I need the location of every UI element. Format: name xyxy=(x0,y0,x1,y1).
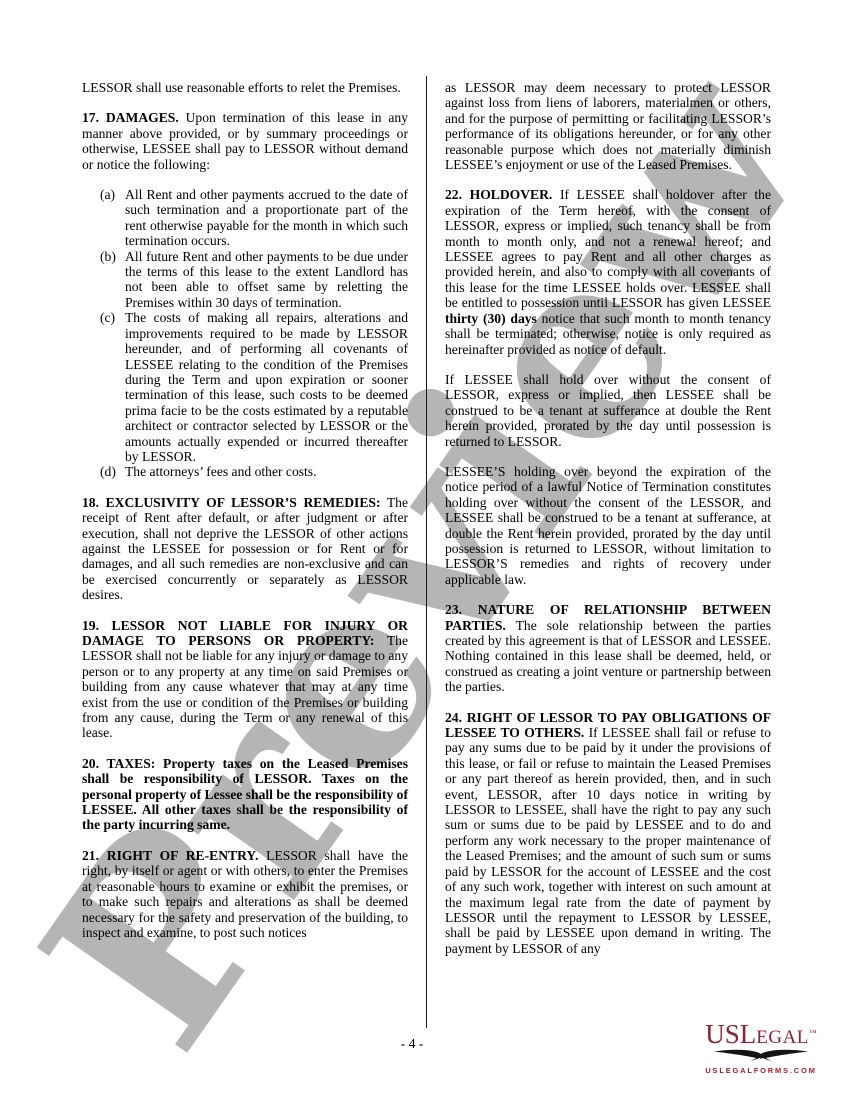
list-marker: (d) xyxy=(100,464,125,479)
text-run: LESSOR shall use reasonable efforts to r… xyxy=(82,80,401,95)
paragraph: 23. NATURE OF RELATIONSHIP BETWEEN PARTI… xyxy=(445,602,771,694)
list-marker: (b) xyxy=(100,249,125,311)
list-item-text: All Rent and other payments accrued to t… xyxy=(125,187,408,249)
list-marker: (a) xyxy=(100,187,125,249)
text-run: as LESSOR may deem necessary to protect … xyxy=(445,80,771,172)
paragraph: 19. LESSOR NOT LIABLE FOR INJURY OR DAMA… xyxy=(82,618,408,741)
text-run: The receipt of Rent after default, or af… xyxy=(82,495,408,602)
bold-text-run: 20. TAXES: Property taxes on the Leased … xyxy=(82,756,408,833)
list-item-text: All future Rent and other payments to be… xyxy=(125,249,408,311)
lettered-list: (a)All Rent and other payments accrued t… xyxy=(82,187,408,480)
text-run: The LESSOR shall not be liable for any i… xyxy=(82,633,408,740)
paragraph: 21. RIGHT OF RE-ENTRY. LESSOR shall have… xyxy=(82,848,408,940)
list-item: (d)The attorneys’ fees and other costs. xyxy=(100,464,408,479)
paragraph: LESSOR shall use reasonable efforts to r… xyxy=(82,80,408,95)
list-item: (b)All future Rent and other payments to… xyxy=(100,249,408,311)
paragraph: 17. DAMAGES. Upon termination of this le… xyxy=(82,110,408,172)
bold-text-run: 19. LESSOR NOT LIABLE FOR INJURY OR DAMA… xyxy=(82,618,408,648)
text-run: The costs of making all repairs, alterat… xyxy=(125,310,408,464)
list-marker: (c) xyxy=(100,310,125,464)
uslegal-logo: USLEGAL™ USLEGALFORMS.COM xyxy=(702,1022,820,1078)
bold-text-run: thirty (30) days xyxy=(445,311,537,326)
wordmark-lead: USL xyxy=(705,1019,756,1049)
page-number: - 4 - xyxy=(0,1036,824,1051)
list-item-text: The costs of making all repairs, alterat… xyxy=(125,310,408,464)
uslegal-wordmark: USLEGAL™ xyxy=(702,1022,820,1051)
trademark-symbol: ™ xyxy=(809,1028,817,1037)
left-column: LESSOR shall use reasonable efforts to r… xyxy=(82,80,408,971)
list-item-text: The attorneys’ fees and other costs. xyxy=(125,464,408,479)
paragraph: LESSEE’S holding over beyond the expirat… xyxy=(445,464,771,587)
paragraph: 22. HOLDOVER. If LESSEE shall holdover a… xyxy=(445,187,771,356)
text-run: The attorneys’ fees and other costs. xyxy=(125,464,317,479)
list-item: (a)All Rent and other payments accrued t… xyxy=(100,187,408,249)
paragraph: 24. RIGHT OF LESSOR TO PAY OBLIGATIONS O… xyxy=(445,710,771,957)
text-run: If LESSEE shall holdover after the expir… xyxy=(445,187,771,310)
bold-text-run: 22. HOLDOVER. xyxy=(445,187,552,202)
paragraph: 20. TAXES: Property taxes on the Leased … xyxy=(82,756,408,833)
bold-text-run: 21. RIGHT OF RE-ENTRY. xyxy=(82,848,258,863)
bold-text-run: 18. EXCLUSIVITY OF LESSOR’S REMEDIES: xyxy=(82,495,381,510)
text-run: LESSEE’S holding over beyond the expirat… xyxy=(445,464,771,587)
right-column: as LESSOR may deem necessary to protect … xyxy=(445,80,771,971)
text-run: All future Rent and other payments to be… xyxy=(125,249,408,310)
bold-text-run: 17. DAMAGES. xyxy=(82,110,179,125)
paragraph: 18. EXCLUSIVITY OF LESSOR’S REMEDIES: Th… xyxy=(82,495,408,603)
paragraph: as LESSOR may deem necessary to protect … xyxy=(445,80,771,172)
document-body: LESSOR shall use reasonable efforts to r… xyxy=(82,80,771,971)
logo-tagline: USLEGALFORMS.COM xyxy=(702,1063,820,1078)
text-run: If LESSEE shall hold over without the co… xyxy=(445,372,771,449)
list-item: (c)The costs of making all repairs, alte… xyxy=(100,310,408,464)
document-page: Preview LESSOR shall use reasonable effo… xyxy=(0,0,850,1100)
wordmark-rest: EGAL xyxy=(756,1027,809,1048)
text-run: All Rent and other payments accrued to t… xyxy=(125,187,408,248)
text-run: If LESSEE shall fail or refuse to pay an… xyxy=(445,725,771,956)
paragraph: If LESSEE shall hold over without the co… xyxy=(445,372,771,449)
